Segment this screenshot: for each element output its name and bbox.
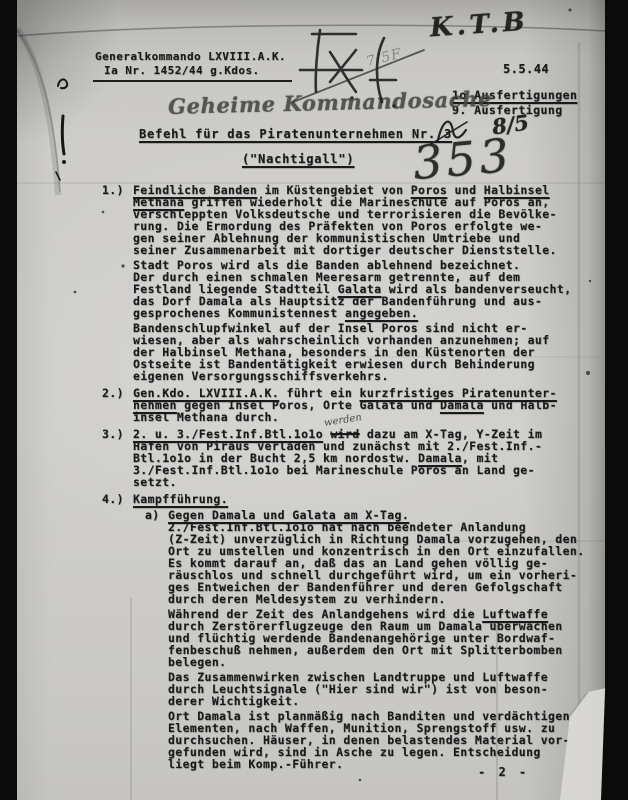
text-line: eigenen Versorgungsschiffsverkehrs. bbox=[133, 370, 595, 382]
paragraph: Gen.Kdo. LXVIII.A.K. führt ein kurzfrist… bbox=[133, 387, 595, 423]
sub-item: a)Gegen Damala und Galata am X-Tag.2./Fe… bbox=[168, 509, 595, 770]
codename-subtitle: ("Nachtigall") bbox=[242, 152, 354, 166]
text-segment: derer Wichtigkeit. bbox=[168, 694, 300, 708]
text-segment: und Halb- bbox=[484, 398, 557, 412]
order-title: Befehl für das Piratenunternehmen Nr. 3 bbox=[139, 127, 452, 141]
text-segment: angegeben. bbox=[345, 306, 418, 320]
order-item: 1.)Feindliche Banden im Küstengebiet von… bbox=[133, 184, 595, 382]
text-segment: insel Methana durch. bbox=[133, 410, 279, 424]
header-unit: Generalkommando LXVIII.A.K. bbox=[95, 50, 286, 64]
item-number: 4.) bbox=[102, 493, 124, 505]
text-segment: setzt. bbox=[133, 475, 177, 489]
order-item: 4.)Kampfführung.a)Gegen Damala und Galat… bbox=[133, 493, 595, 770]
paragraph: Ort Damala ist planmäßig nach Banditen u… bbox=[168, 710, 595, 770]
struck-word-with-handwritten-correction: wird bbox=[330, 427, 359, 441]
text-line: Kampfführung. bbox=[133, 493, 595, 505]
paragraph: Das Zusammenwirken zwischen Landtruppe u… bbox=[168, 671, 595, 707]
paragraph: Stadt Poros wird als die Banden ablehnen… bbox=[133, 259, 595, 319]
text-line: durch deren Meldesystem zu verhindern. bbox=[168, 593, 595, 605]
text-line: insel Methana durch. bbox=[133, 411, 595, 423]
header-unit-block: Generalkommando LXVIII.A.K. Ia Nr. 1452/… bbox=[93, 50, 292, 82]
text-segment: Kampfführung. bbox=[133, 492, 228, 506]
text-segment: fenbeschuß nehmen, außerdem den Ort mit … bbox=[168, 643, 563, 657]
handwritten-date-initials: 8/5 bbox=[490, 110, 530, 140]
text-line: gesprochenes Kommunistennest angegeben. bbox=[133, 307, 595, 319]
paragraph: Während der Zeit des Anlandgehens wird d… bbox=[168, 608, 595, 668]
text-segment: eigenen Versorgungsschiffsverkehrs. bbox=[133, 369, 389, 383]
paragraph: Feindliche Banden im Küstengebiet von Po… bbox=[133, 184, 595, 256]
text-segment: belegen. bbox=[168, 655, 226, 669]
text-line: fenbeschuß nehmen, außerdem den Ort mit … bbox=[168, 644, 595, 656]
order-item: 3.)2. u. 3./Fest.Inf.Btl.1o1o wird dazu … bbox=[133, 428, 595, 488]
paragraph: Bandenschlupfwinkel auf der Insel Poros … bbox=[133, 322, 595, 382]
item-number: 2.) bbox=[102, 387, 124, 399]
text-segment: gesprochenes Kommunistennest bbox=[133, 306, 345, 320]
page-number: - 2 - bbox=[478, 765, 529, 779]
text-line: setzt. bbox=[133, 476, 595, 488]
text-line: 3./Fest.Inf.Btl.1o1o bei Marineschule Po… bbox=[133, 464, 595, 476]
paragraph: Kampfführung. bbox=[133, 493, 595, 505]
text-segment: durch deren Meldesystem zu verhindern. bbox=[168, 592, 446, 606]
text-segment: seiner Zusammenarbeit mit dortiger deuts… bbox=[133, 243, 557, 257]
sub-item-letter: a) bbox=[145, 509, 160, 521]
film-edge-left bbox=[0, 0, 17, 800]
item-number: 1.) bbox=[102, 184, 124, 196]
paragraph: 2. u. 3./Fest.Inf.Btl.1o1o wird dazu am … bbox=[133, 428, 595, 488]
text-segment: 3./Fest.Inf.Btl.1o1o bei Marineschule Po… bbox=[133, 463, 535, 477]
text-line: seiner Zusammenarbeit mit dortiger deuts… bbox=[133, 244, 595, 256]
order-item: 2.)Gen.Kdo. LXVIII.A.K. führt ein kurzfr… bbox=[133, 387, 595, 423]
text-segment: liegt beim Komp.-Führer. bbox=[168, 757, 343, 771]
film-edge-right bbox=[601, 0, 628, 800]
header-ref: Ia Nr. 1452/44 g.Kdos. bbox=[95, 64, 286, 78]
document-body: 1.)Feindliche Banden im Küstengebiet von… bbox=[133, 184, 595, 775]
item-number: 3.) bbox=[102, 428, 124, 440]
document-scan: Generalkommando LXVIII.A.K. Ia Nr. 1452/… bbox=[0, 0, 628, 800]
header-date: 5.5.44 bbox=[503, 62, 549, 76]
text-line: derer Wichtigkeit. bbox=[168, 695, 595, 707]
text-segment: Damala bbox=[440, 398, 484, 412]
text-line: belegen. bbox=[168, 656, 595, 668]
text-line: liegt beim Komp.-Führer. bbox=[168, 758, 595, 770]
paragraph: Gegen Damala und Galata am X-Tag.2./Fest… bbox=[168, 509, 595, 605]
